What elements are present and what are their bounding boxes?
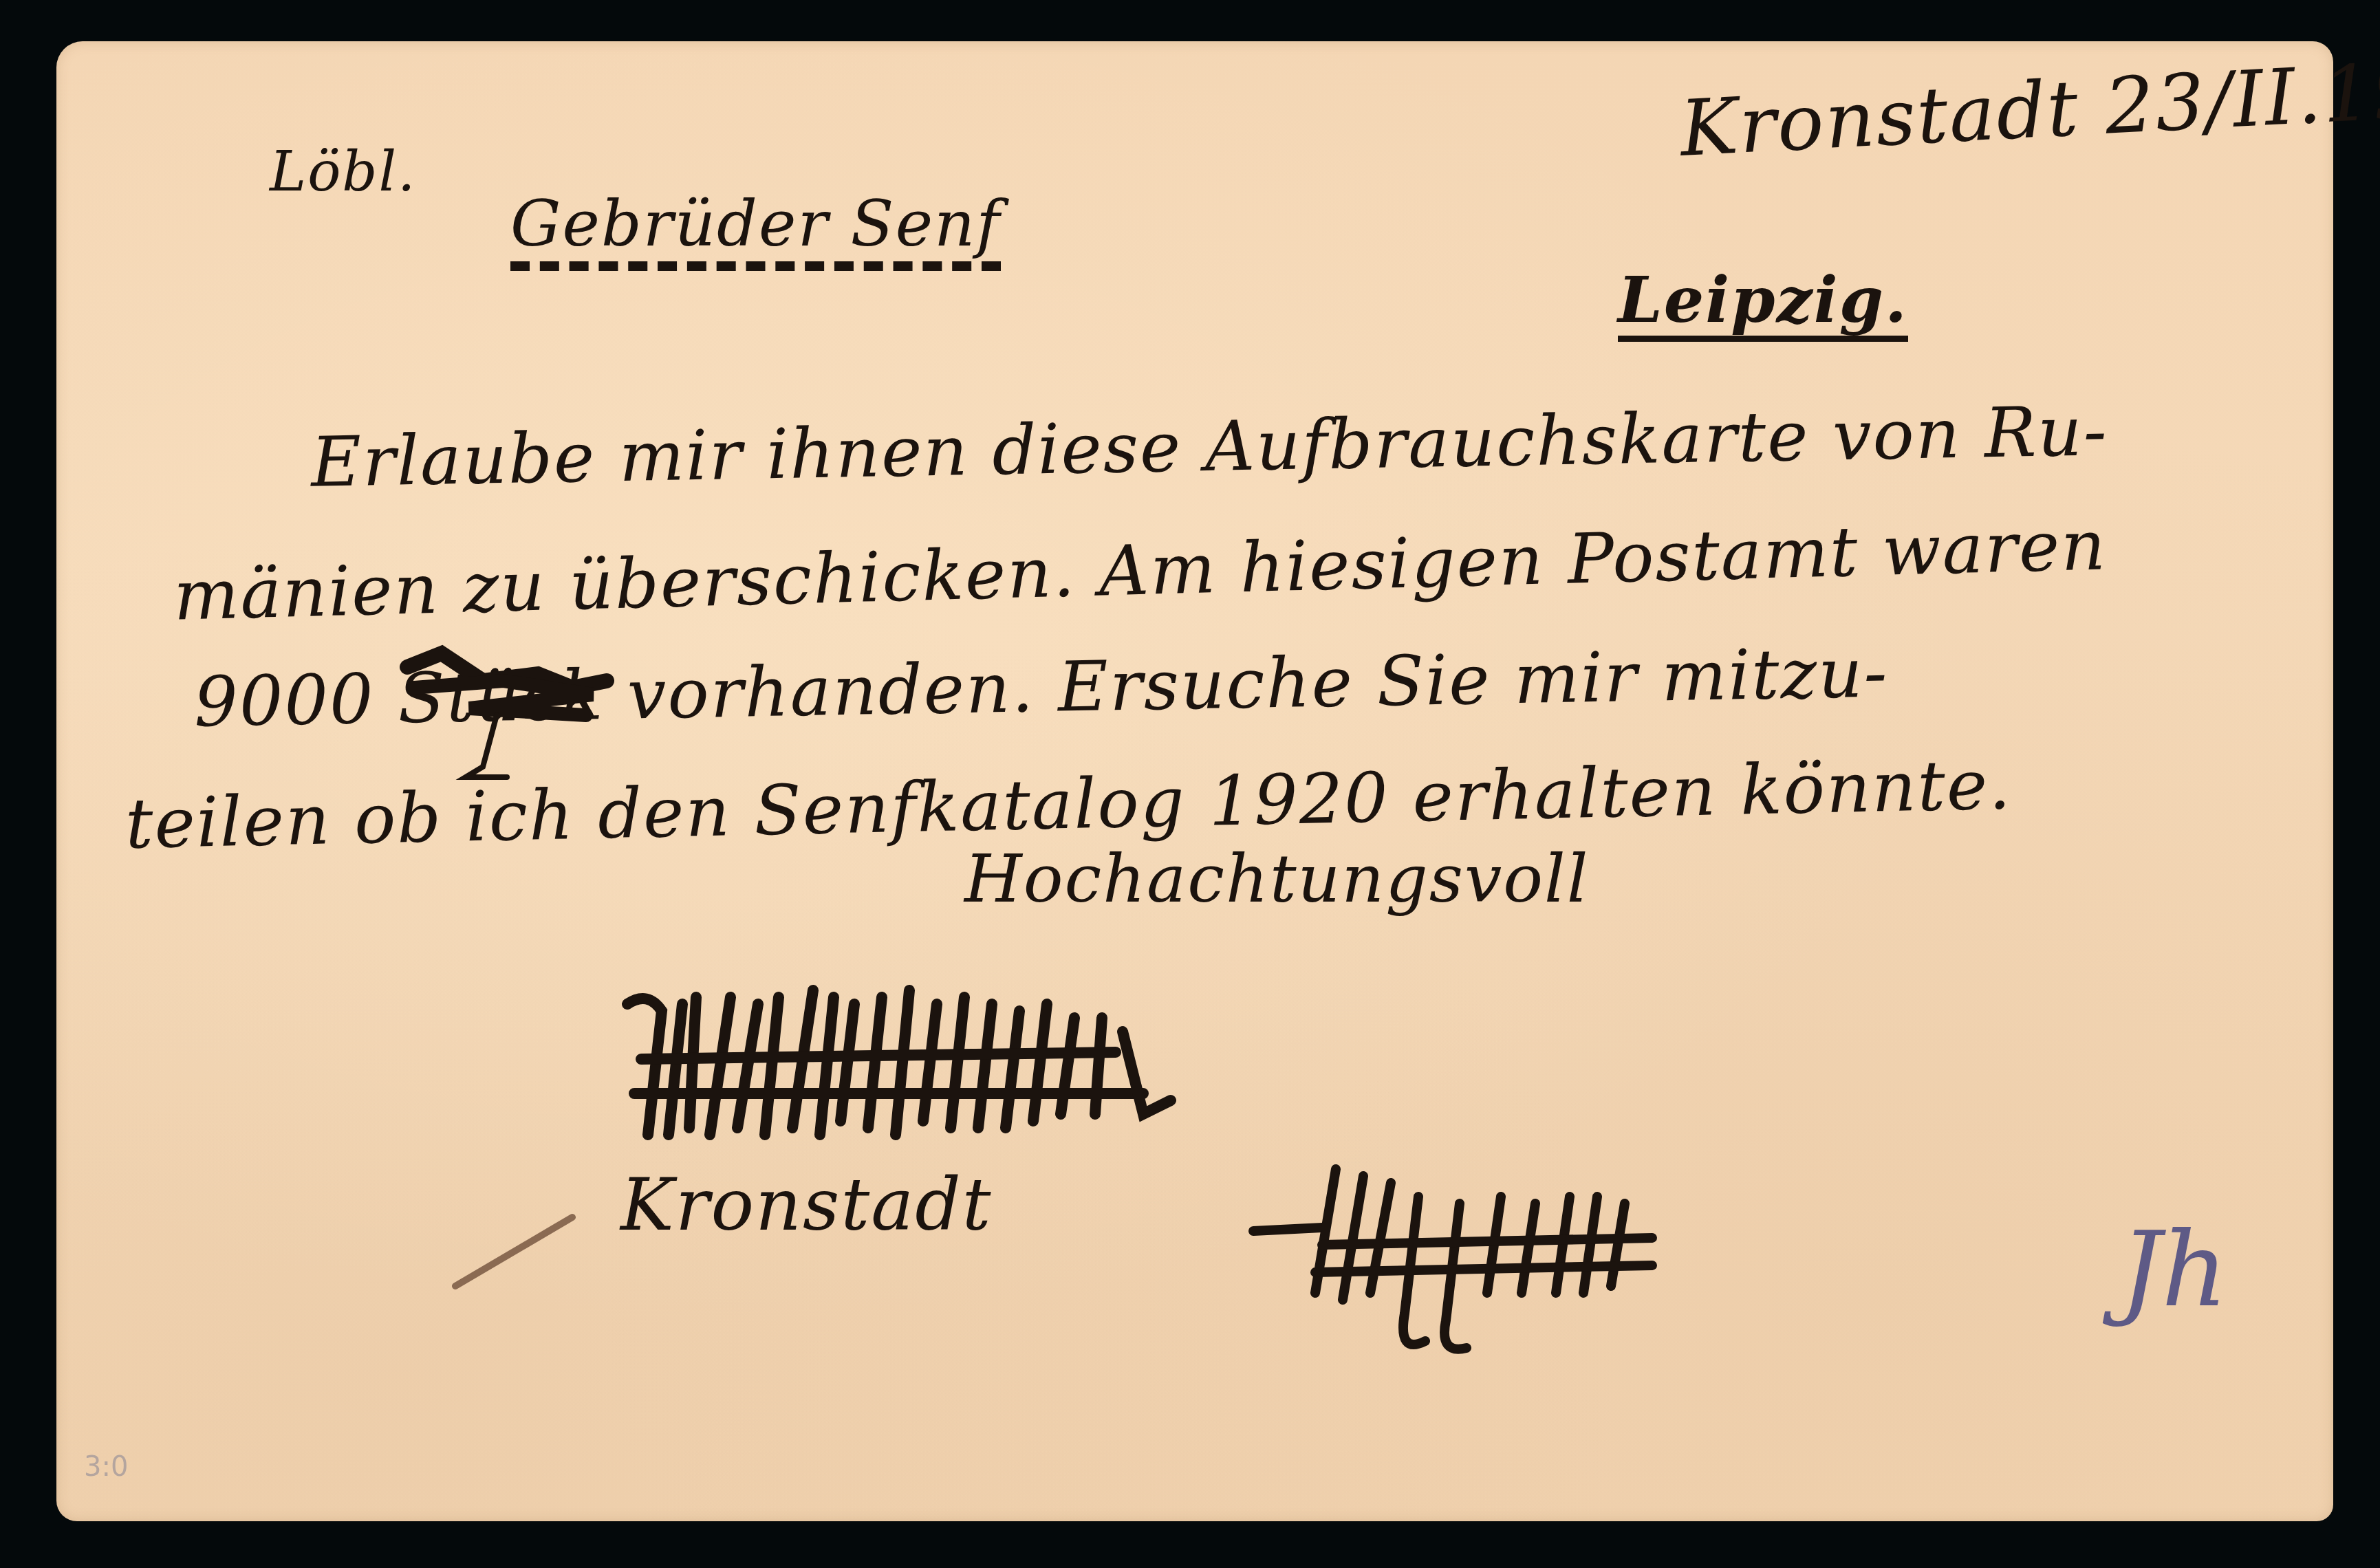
struck-signature-scribble <box>620 977 1322 1155</box>
closing: Hochachtungsvoll <box>964 846 1589 912</box>
addressee-name: Gebrüder Senf <box>510 193 1001 271</box>
scan-background: Kronstadt 23/II.1919 Löbl. Gebrüder Senf… <box>0 0 2380 1568</box>
corner-pencil-note: 3:0 <box>84 1451 128 1483</box>
struck-place-scribble <box>1240 1155 1790 1362</box>
body-line-2: mänien zu überschicken. Am hiesigen Post… <box>173 511 2108 631</box>
place-date-header: Kronstadt 23/II.1919 <box>1678 47 2380 168</box>
sender-place: Kronstadt <box>620 1169 993 1241</box>
addressee-city: Leipzig. <box>1618 268 1908 342</box>
brown-mark <box>448 1210 586 1293</box>
salutation: Löbl. <box>270 144 417 199</box>
postcard: Kronstadt 23/II.1919 Löbl. Gebrüder Senf… <box>56 41 2333 1521</box>
body-line-1: Erlaube mir ihnen diese Aufbrauchskarte … <box>310 397 2108 497</box>
pencil-initials: Jh <box>2120 1210 2228 1330</box>
